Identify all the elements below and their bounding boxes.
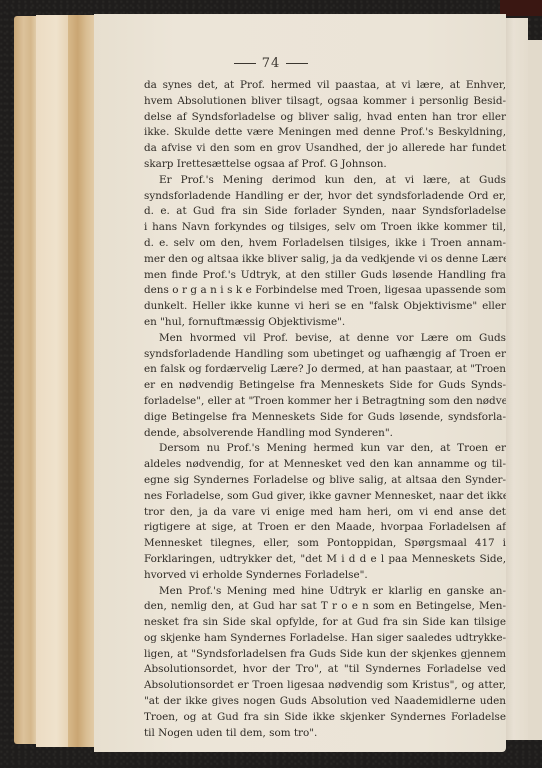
paragraph: Dersom nu Prof.'s Mening hermed kun var … xyxy=(144,441,506,583)
text-line: men finde Prof.'s Udtryk, at den stiller… xyxy=(144,268,506,284)
text-line: da afvise vi den som en grov Usandhed, d… xyxy=(144,141,506,157)
dash-left xyxy=(234,63,256,64)
text-line: hvem Absolutionen bliver tilsagt, ogsaa … xyxy=(144,94,506,110)
text-line: aldeles nødvendig, for at Mennesket ved … xyxy=(144,457,506,473)
text-line: Er Prof.'s Mening derimod kun den, at vi… xyxy=(144,173,506,189)
binding-corner xyxy=(500,0,542,16)
text-line: "at der ikke gives nogen Guds Absolution… xyxy=(144,694,506,710)
page-number: 74 xyxy=(0,56,542,71)
next-page-edge xyxy=(528,40,542,740)
text-line: hvorved vi erholde Syndernes Forladelse"… xyxy=(144,568,506,584)
paragraph: Er Prof.'s Mening derimod kun den, at vi… xyxy=(144,173,506,331)
text-line: i hans Navn forkyndes og tilsiges, selv … xyxy=(144,220,506,236)
paragraph: Men hvormed vil Prof. bevise, at denne v… xyxy=(144,331,506,442)
previous-page-edge xyxy=(36,15,70,747)
text-line: Dersom nu Prof.'s Mening hermed kun var … xyxy=(144,441,506,457)
paragraph: da synes det, at Prof. hermed vil paasta… xyxy=(144,78,506,173)
text-line: skarp Irettesættelse ogsaa af Prof. G Jo… xyxy=(144,157,506,173)
text-line: en falsk og fordærvelig Lære? Jo dermed,… xyxy=(144,362,506,378)
text-line: rigtigere at sige, at Troen er den Maade… xyxy=(144,520,506,536)
text-line: nesket fra sin Side skal opfylde, for at… xyxy=(144,615,506,631)
text-line: delse af Syndsforladelse og bliver salig… xyxy=(144,110,506,126)
text-line: nes Forladelse, som Gud giver, ikke gavn… xyxy=(144,489,506,505)
text-line: Absolutionsordet er Troen ligesaa nødven… xyxy=(144,678,506,694)
text-line: mer den og altsaa ikke bliver salig, ja … xyxy=(144,252,506,268)
text-line: dens o r g a n i s k e Forbindelse med T… xyxy=(144,283,506,299)
text-line: dende, absolverende Handling mod Syndere… xyxy=(144,426,506,442)
text-line: syndsforladende Handling er der, hvor de… xyxy=(144,189,506,205)
text-line: Mennesket tilegnes, eller, som Pontoppid… xyxy=(144,536,506,552)
text-line: egne sig Syndernes Forladelse og blive s… xyxy=(144,473,506,489)
text-line: da synes det, at Prof. hermed vil paasta… xyxy=(144,78,506,94)
text-line: Men hvormed vil Prof. bevise, at denne v… xyxy=(144,331,506,347)
dash-right xyxy=(286,63,308,64)
text-line: Troen, og at Gud fra sin Side ikke skjen… xyxy=(144,710,506,726)
text-line: syndsforladende Handling som ubetinget o… xyxy=(144,347,506,363)
text-line: til Nogen uden til dem, som tro". xyxy=(144,726,506,742)
text-line: ligen, at "Syndsforladelsen fra Guds Sid… xyxy=(144,647,506,663)
page-right-edge xyxy=(504,18,528,740)
text-line: ikke. Skulde dette være Meningen med den… xyxy=(144,125,506,141)
paragraph: Men Prof.'s Mening med hine Udtryk er kl… xyxy=(144,584,506,742)
text-line: Forklaringen, udtrykker det, "det M i d … xyxy=(144,552,506,568)
spine-fold xyxy=(68,15,96,747)
page-number-text: 74 xyxy=(262,56,281,71)
text-line: d. e. selv om den, hvem Forladelsen tils… xyxy=(144,236,506,252)
text-line: forladelse", eller at "Troen kommer her … xyxy=(144,394,506,410)
text-line: dunkelt. Heller ikke kunne vi heri se en… xyxy=(144,299,506,315)
text-line: dige Betingelse fra Menneskets Side for … xyxy=(144,410,506,426)
text-line: og skjenke ham Syndernes Forladelse. Han… xyxy=(144,631,506,647)
body-text: da synes det, at Prof. hermed vil paasta… xyxy=(144,78,506,741)
text-line: er en nødvendig Betingelse fra Mennesket… xyxy=(144,378,506,394)
page-stack-left xyxy=(14,16,38,744)
text-line: tror den, ja da vare vi enige med ham he… xyxy=(144,505,506,521)
text-line: Men Prof.'s Mening med hine Udtryk er kl… xyxy=(144,584,506,600)
text-line: den, nemlig den, at Gud har sat T r o e … xyxy=(144,599,506,615)
text-line: Absolutionsordet, hvor der Tro", at "til… xyxy=(144,662,506,678)
text-line: d. e. at Gud fra sin Side forlader Synde… xyxy=(144,204,506,220)
text-line: en "hul, fornuftmæssig Objektivisme". xyxy=(144,315,506,331)
